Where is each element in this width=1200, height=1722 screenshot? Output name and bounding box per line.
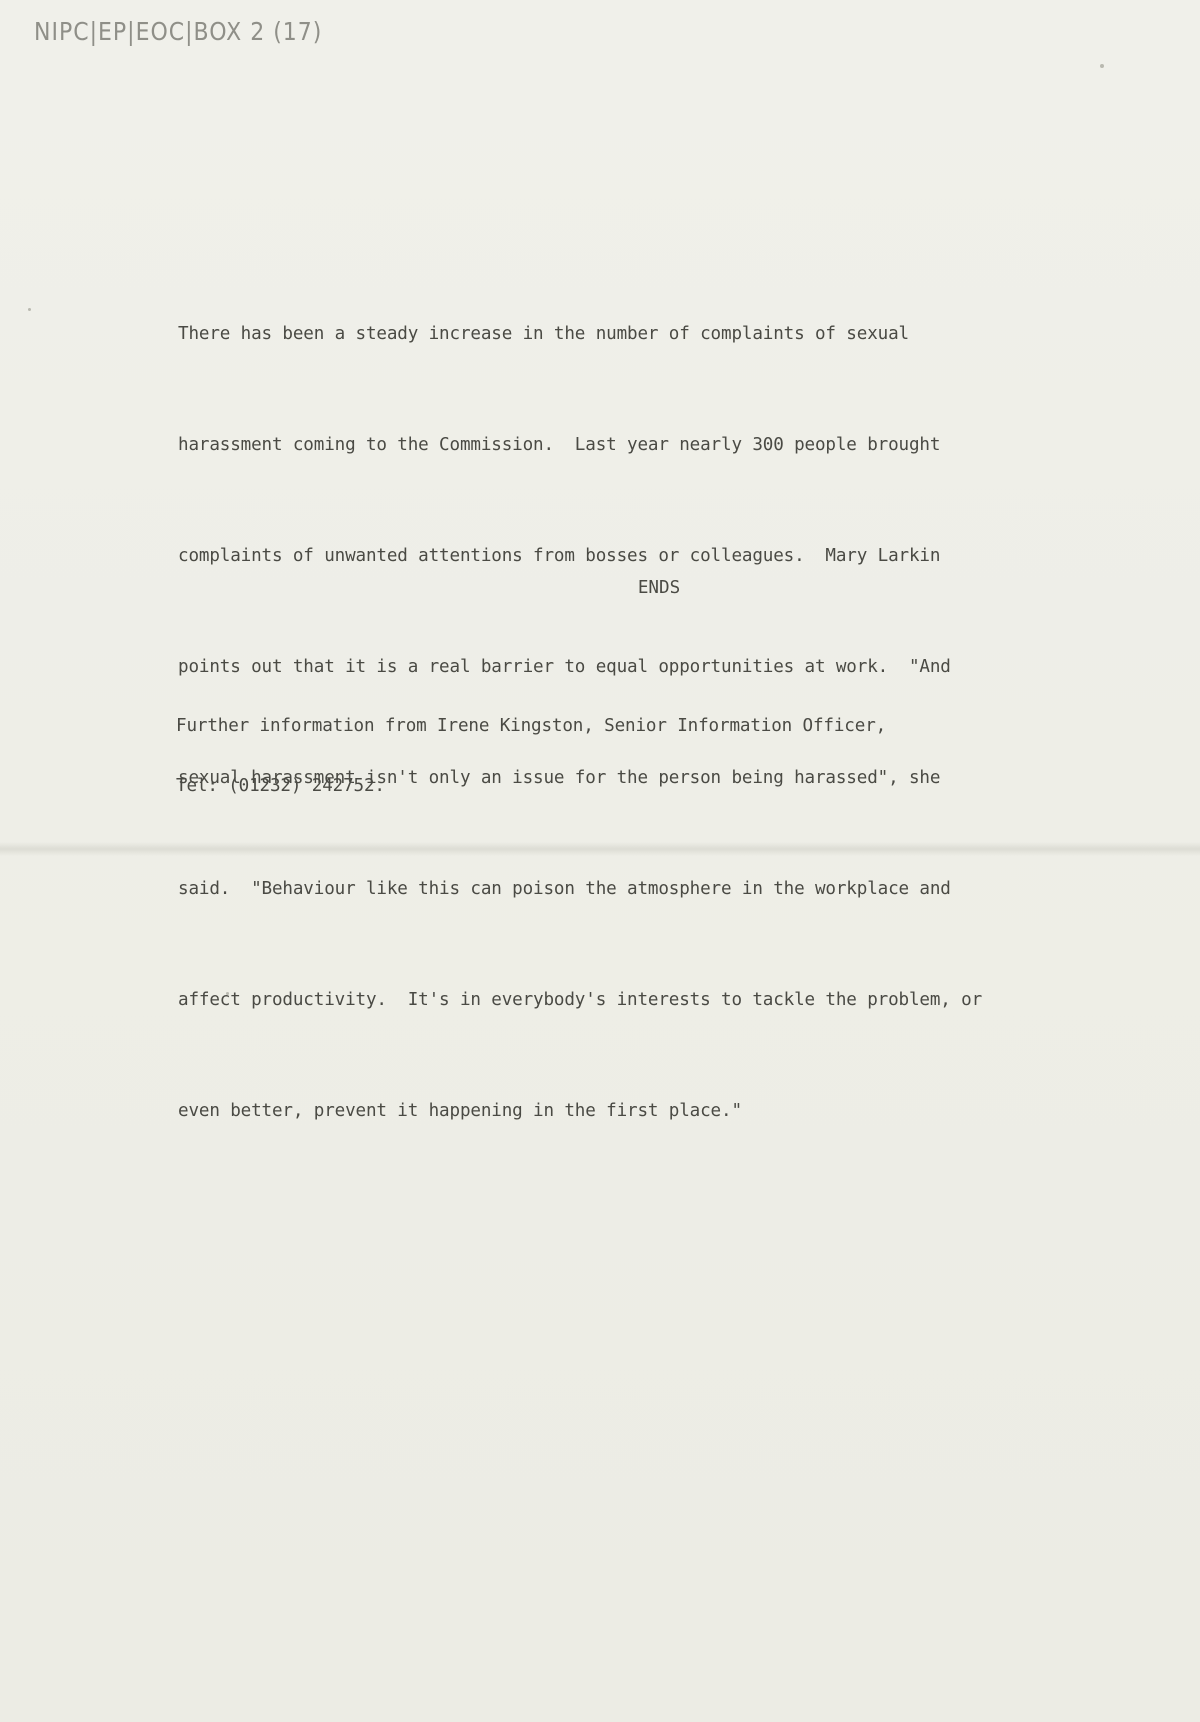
- body-line: harassment coming to the Commission. Las…: [178, 427, 1138, 464]
- paper-speck: [226, 992, 229, 995]
- body-line: complaints of unwanted attentions from b…: [178, 538, 1138, 575]
- body-line: even better, prevent it happening in the…: [178, 1093, 1138, 1130]
- contact-line: Tel: (01232) 242752.: [176, 776, 886, 796]
- paper-speck: [28, 308, 31, 311]
- paper-speck: [1100, 64, 1104, 68]
- body-line: said. "Behaviour like this can poison th…: [178, 871, 1138, 908]
- body-line: affect productivity. It's in everybody's…: [178, 982, 1138, 1019]
- ends-marker: ENDS: [0, 578, 1200, 598]
- body-line: There has been a steady increase in the …: [178, 316, 1138, 353]
- archive-reference-handwritten: NIPC|EP|EOC|BOX 2 (17): [34, 18, 322, 47]
- document-page: NIPC|EP|EOC|BOX 2 (17) There has been a …: [0, 0, 1200, 1722]
- contact-information: Further information from Irene Kingston,…: [176, 676, 886, 836]
- contact-line: Further information from Irene Kingston,…: [176, 716, 886, 736]
